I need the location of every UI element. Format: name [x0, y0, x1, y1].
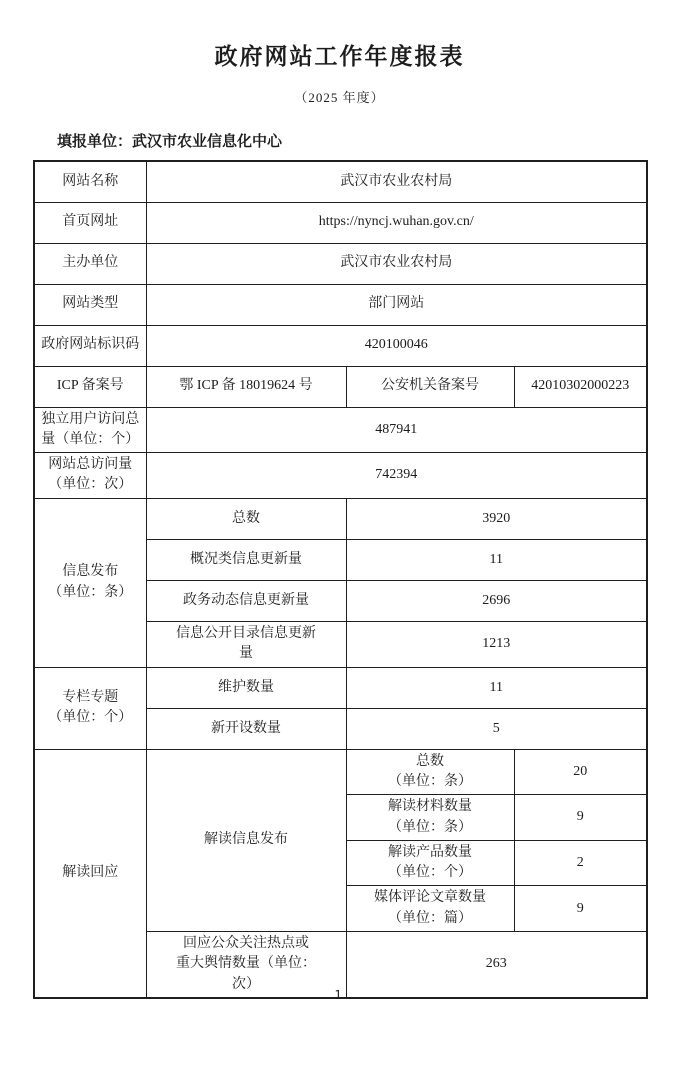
maintained-count-label: 维护数量 [146, 667, 346, 708]
police-record-label: 公安机关备案号 [346, 366, 514, 407]
interpretation-group-label: 解读回应 [34, 749, 146, 998]
new-count-label: 新开设数量 [146, 708, 346, 749]
home-url-label: 首页网址 [34, 202, 146, 243]
total-visits-value: 742394 [146, 453, 647, 499]
unique-visitors-value: 487941 [146, 407, 647, 453]
table-row: 网站总访问量 （单位：次） 742394 [34, 453, 647, 499]
maintained-count-value: 11 [346, 667, 647, 708]
table-row: 首页网址 https://nyncj.wuhan.gov.cn/ [34, 202, 647, 243]
media-article-value: 9 [514, 886, 647, 932]
site-code-label: 政府网站标识码 [34, 325, 146, 366]
icp-label: ICP 备案号 [34, 366, 146, 407]
media-article-label: 媒体评论文章数量 （单位：篇） [346, 886, 514, 932]
gov-news-update-label: 政务动态信息更新量 [146, 580, 346, 621]
overview-update-label: 概况类信息更新量 [146, 539, 346, 580]
site-name-value: 武汉市农业农村局 [146, 161, 647, 202]
reporting-unit: 填报单位：武汉市农业信息化中心 [57, 130, 646, 151]
special-columns-group-label: 专栏专题 （单位：个） [34, 667, 146, 749]
info-publish-total-label: 总数 [146, 498, 346, 539]
info-publish-total-value: 3920 [346, 498, 647, 539]
site-code-value: 420100046 [146, 325, 647, 366]
report-page: 政府网站工作年度报表 （2025 年度） 填报单位：武汉市农业信息化中心 网站名… [0, 0, 676, 999]
info-publish-group-label: 信息发布 （单位：条） [34, 498, 146, 667]
open-catalog-update-value: 1213 [346, 621, 647, 667]
interpretation-material-label: 解读材料数量 （单位：条） [346, 795, 514, 841]
new-count-value: 5 [346, 708, 647, 749]
table-row: 网站名称 武汉市农业农村局 [34, 161, 647, 202]
total-visits-label: 网站总访问量 （单位：次） [34, 453, 146, 499]
report-table: 网站名称 武汉市农业农村局 首页网址 https://nyncj.wuhan.g… [33, 160, 648, 999]
table-row: ICP 备案号 鄂 ICP 备 18019624 号 公安机关备案号 42010… [34, 366, 647, 407]
table-row: 独立用户访问总量（单位：个） 487941 [34, 407, 647, 453]
interpretation-product-value: 2 [514, 840, 647, 886]
site-type-label: 网站类型 [34, 284, 146, 325]
table-row: 信息发布 （单位：条） 总数 3920 [34, 498, 647, 539]
table-row: 解读回应 解读信息发布 总数 （单位：条） 20 [34, 749, 647, 795]
table-row: 网站类型 部门网站 [34, 284, 647, 325]
site-name-label: 网站名称 [34, 161, 146, 202]
interpretation-total-label: 总数 （单位：条） [346, 749, 514, 795]
table-row: 主办单位 武汉市农业农村局 [34, 243, 647, 284]
open-catalog-update-label: 信息公开目录信息更新 量 [146, 621, 346, 667]
home-url-value: https://nyncj.wuhan.gov.cn/ [146, 202, 647, 243]
interpretation-material-value: 9 [514, 795, 647, 841]
table-row: 政府网站标识码 420100046 [34, 325, 647, 366]
interpretation-product-label: 解读产品数量 （单位：个） [346, 840, 514, 886]
page-title: 政府网站工作年度报表 [33, 38, 646, 71]
report-year: （2025 年度） [33, 87, 646, 106]
overview-update-value: 11 [346, 539, 647, 580]
host-unit-label: 主办单位 [34, 243, 146, 284]
page-number: 1 [0, 988, 676, 1002]
interpretation-total-value: 20 [514, 749, 647, 795]
icp-value: 鄂 ICP 备 18019624 号 [146, 366, 346, 407]
police-record-value: 42010302000223 [514, 366, 647, 407]
host-unit-value: 武汉市农业农村局 [146, 243, 647, 284]
interpretation-publish-label: 解读信息发布 [146, 749, 346, 931]
unique-visitors-label: 独立用户访问总量（单位：个） [34, 407, 146, 453]
gov-news-update-value: 2696 [346, 580, 647, 621]
table-row: 专栏专题 （单位：个） 维护数量 11 [34, 667, 647, 708]
site-type-value: 部门网站 [146, 284, 647, 325]
